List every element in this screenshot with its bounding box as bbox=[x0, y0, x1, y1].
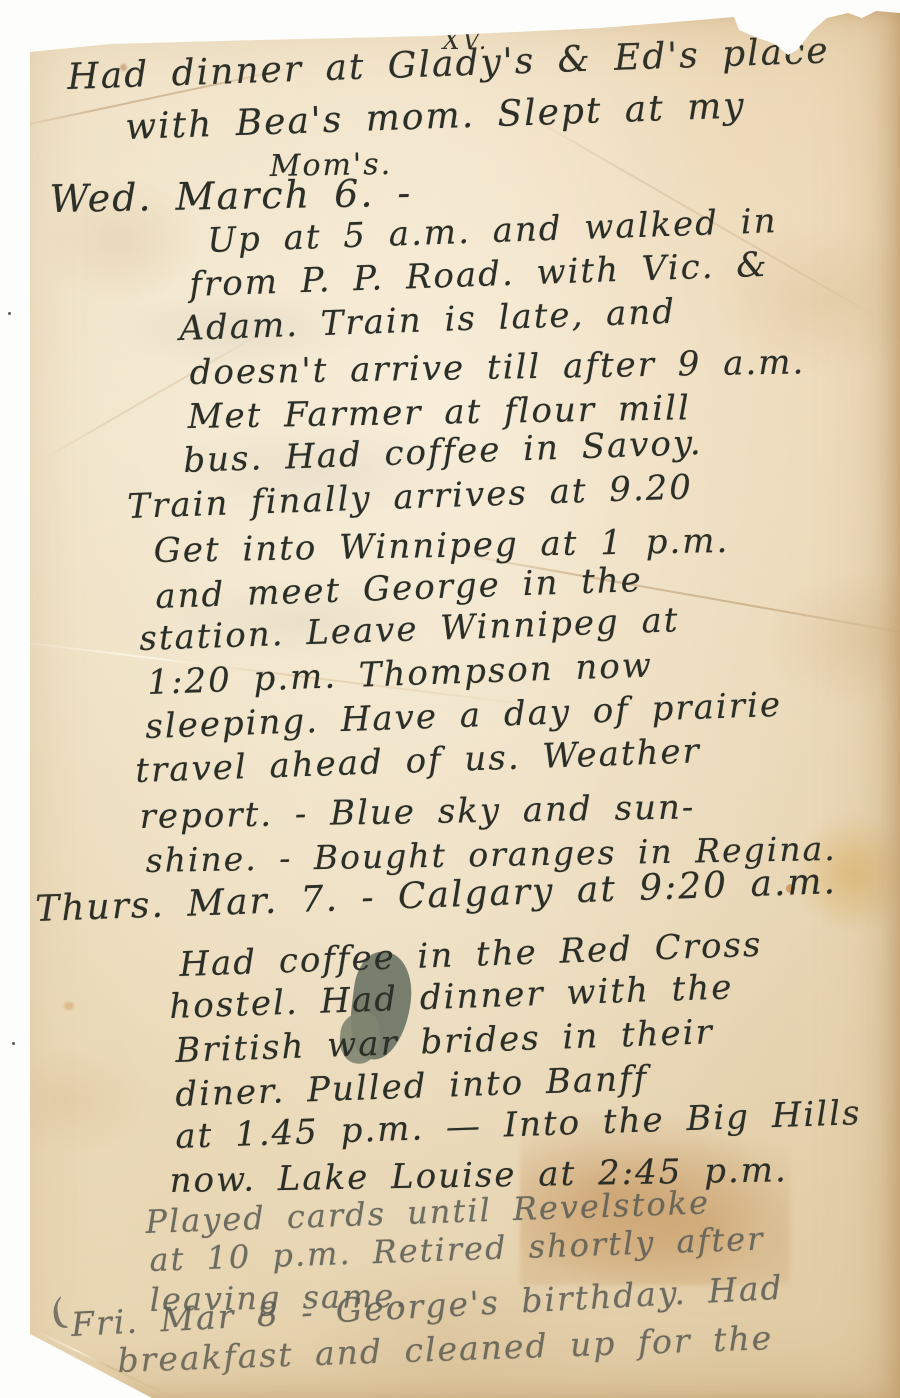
handwriting-layer: Had dinner at Glady's & Ed's placewith B… bbox=[0, 0, 900, 1398]
handwriting-line: Get into Winnipeg at 1 p.m. bbox=[153, 524, 729, 568]
paper-sheet: XV. ( Had dinner at Glady's & Ed's place… bbox=[0, 0, 900, 1398]
flourish-arc bbox=[439, 9, 493, 33]
handwriting-line: with Bea's mom. Slept at my bbox=[125, 88, 746, 146]
scanner-speck bbox=[8, 312, 11, 315]
handwriting-line: Wed. March 6. - bbox=[49, 174, 412, 218]
handwriting-line: doesn't arrive till after 9 a.m. bbox=[189, 345, 805, 390]
handwriting-line: report. - Blue sky and sun- bbox=[139, 790, 695, 834]
scanner-speck bbox=[12, 1042, 15, 1045]
